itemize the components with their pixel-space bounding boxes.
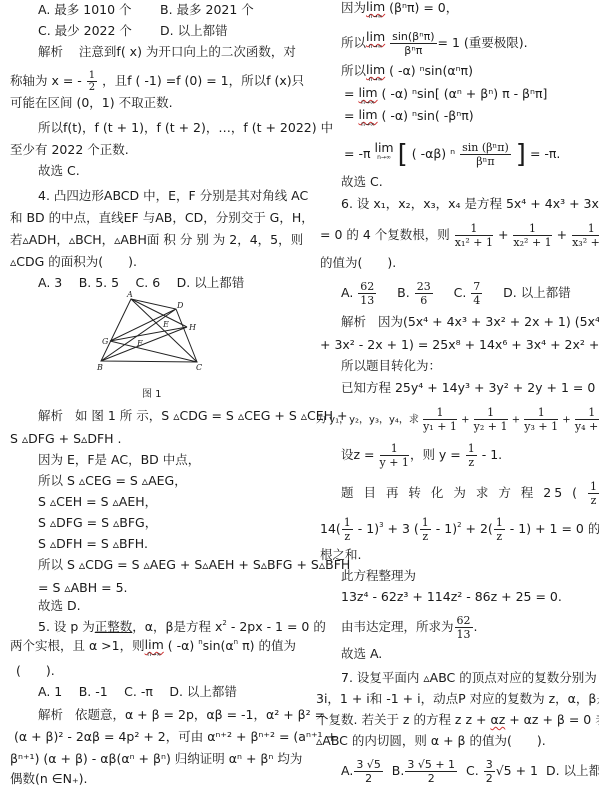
q3-option-c: C. 最少 2022 个 bbox=[38, 23, 132, 39]
figure-label-d: D bbox=[176, 301, 184, 310]
q3-option-a: A. 最多 1010 个 bbox=[38, 2, 132, 18]
q5-solution-line1: 解析 依题意，α + β = 2p，αβ = -1，α² + β² = bbox=[38, 707, 325, 723]
q3-option-d: D. 以上都错 bbox=[160, 23, 228, 39]
q4-solution-line3: 因为 E，F是 AC，BD 中点， bbox=[38, 452, 200, 468]
quadrilateral-figure: A D H E G F B C bbox=[88, 290, 213, 375]
q6-solution-line12: 由韦达定理，所求为6213. bbox=[341, 614, 478, 641]
q6-options: A. 6213 B. 236 C. 74 D. 以上都错 bbox=[341, 280, 571, 307]
q7-options: A.3 √52 B.3 √5 + 12 C. 32√5 + 1 D. 以上都错 bbox=[341, 758, 599, 785]
q4-solution-line9: = S ▵ABH = 5. bbox=[38, 580, 128, 596]
q4-options: A. 3 B. 5. 5 C. 6 D. 以上都错 bbox=[38, 275, 244, 291]
q6-solution-line4: 已知方程 25y⁴ + 14y³ + 3y² + 2y + 1 = 0 的 4 … bbox=[341, 380, 599, 396]
q3-answer: 故选 C. bbox=[38, 163, 80, 179]
q5-line2: 两个实根，且 α >1，则limn→∞ ( -α) nsin(αn π) 的值为 bbox=[10, 638, 296, 658]
q7-line3: 个复数. 若关于 z 的方程 z z + αz + αz + β = 0 表示 bbox=[316, 712, 599, 728]
q6-solution-line5: 为 y₁，y₂，y₃，y₄，求 1y₁ + 1 + 1y₂ + 1 + 1y₃ … bbox=[316, 406, 599, 433]
q3-solution-line1: 解析 注意到f( x) 为开口向上的二次函数，对 bbox=[38, 44, 296, 60]
q4-solution-line4: 所以 S ▵CEG = S ▵AEG， bbox=[38, 473, 187, 489]
figure-label-a: A bbox=[126, 290, 133, 299]
q6-line1: 6. 设 x₁，x₂，x₃，x₄ 是方程 5x⁴ + 4x³ + 3x² + 2… bbox=[341, 196, 599, 212]
q6-solution-line9: 根之和. bbox=[320, 547, 361, 563]
q6-solution-line8: 14(1z - 1)3 + 3 (1z - 1)2 + 2(1z - 1) + … bbox=[320, 516, 599, 543]
q6-solution-line2: + 3x² - 2x + 1) = 25x⁸ + 14x⁶ + 3x⁴ + 2x… bbox=[320, 337, 599, 353]
figure-label-b: B bbox=[96, 363, 103, 372]
figure-label-g: G bbox=[102, 337, 109, 346]
figure-caption: 图 1 bbox=[142, 385, 162, 400]
q4-solution-line7: S ▵DFH = S ▵BFH. bbox=[38, 536, 148, 552]
q5-line3: ( ). bbox=[16, 663, 55, 679]
q5-solution-line3: βⁿ⁺¹) (α + β) - αβ(αⁿ + βⁿ) 归纳证明 αⁿ + βⁿ… bbox=[10, 751, 302, 767]
q4-solution-line1: 解析 如 图 1 所 示，S ▵CDG = S ▵CEG + S ▵CEH + bbox=[38, 408, 348, 424]
q6-solution-line6: 设z = 1y + 1，则 y = 1z - 1. bbox=[341, 442, 502, 469]
q6-solution-line10: 此方程整理为 bbox=[341, 568, 416, 584]
q5-cont-line2: 所以limn→∞ sin(βⁿπ)βⁿπ= 1 (重要极限). bbox=[341, 30, 528, 57]
q5-cont-line3: 所以limn→∞ ( -α) ⁿsin(αⁿπ) bbox=[341, 63, 473, 83]
q6-solution-line7: 题 目 再 转 化 为 求 方 程 25 ( 1z - 1)⁴ + bbox=[341, 480, 599, 507]
q5-cont-line1: 因为limn→∞ (βⁿπ) = 0， bbox=[341, 0, 458, 20]
figure-label-e: E bbox=[162, 320, 169, 329]
q6-line3: 的值为( ). bbox=[320, 255, 396, 271]
solution-label: 解析 bbox=[38, 44, 63, 59]
figure-label-f: F bbox=[136, 339, 143, 348]
q4-line2: 和 BD 的中点，直线EF 与AB，CD，分别交于 G，H， bbox=[10, 210, 314, 226]
q7-line1: 7. 设复平面内 ▵ABC 的顶点对应的复数分别为 bbox=[341, 670, 597, 686]
q3-solution-line3: 可能在区间 (0，1) 不取正数. bbox=[10, 95, 173, 111]
q3-solution-line5: 至少有 2022 个正数. bbox=[10, 142, 129, 158]
q4-line4: ▵CDG 的面积为( ). bbox=[10, 254, 137, 270]
q4-solution-line8: 所以 S ▵CDG = S ▵AEG + S▵AEH + S▵BFG + S▵B… bbox=[38, 557, 350, 573]
q3-solution-line4: 所以f(t)，f (t + 1)，f (t + 2)，…，f (t + 2022… bbox=[38, 120, 333, 136]
q6-solution-line1: 解析 因为(5x⁴ + 4x³ + 3x² + 2x + 1) (5x⁴ - 4… bbox=[341, 314, 599, 330]
q3-solution-line2: 称轴为 x = - 12 ，且f ( -1) =f (0) = 1，所以f (x… bbox=[10, 70, 304, 93]
q4-line1: 4. 凸四边形ABCD 中，E，F 分别是其对角线 AC bbox=[38, 188, 308, 204]
q5-answer: 故选 C. bbox=[341, 174, 383, 190]
q4-solution-line6: S ▵DFG = S ▵BFG， bbox=[38, 515, 157, 531]
q5-cont-line6: = -π limn→∞ [ ( -αβ) ⁿ sin (βⁿπ)βⁿπ ] = … bbox=[344, 141, 560, 168]
figure-label-h: H bbox=[188, 323, 197, 332]
q5-cont-line5: = limn→∞ ( -α) ⁿsin( -βⁿπ) bbox=[344, 108, 474, 128]
limit-operator: limn→∞ bbox=[145, 638, 164, 658]
q4-solution-line2: S ▵DFG + S▵DFH . bbox=[10, 431, 121, 447]
q7-line4: ▵ABC 的内切圆，则 α + β 的值为( ). bbox=[316, 733, 546, 749]
q6-solution-line11: 13z⁴ - 62z³ + 114z² - 86z + 25 = 0. bbox=[341, 589, 562, 605]
q4-solution-line5: S ▵CEH = S ▵AEH， bbox=[38, 494, 157, 510]
q5-solution-line4: 偶数(n ∈N₊). bbox=[10, 771, 87, 787]
q5-options: A. 1 B. -1 C. -π D. 以上都错 bbox=[38, 684, 237, 700]
q3-option-b: B. 最多 2021 个 bbox=[160, 2, 254, 18]
figure-label-c: C bbox=[196, 363, 202, 372]
q4-line3: 若▵ADH，▵BCH，▵ABH面 积 分 别 为 2，4，5，则 bbox=[10, 232, 303, 248]
fraction: 12 bbox=[87, 70, 97, 93]
q4-answer: 故选 D. bbox=[38, 598, 81, 614]
q5-line1: 5. 设 p 为正整数，α，β是方程 x2 - 2px - 1 = 0 的 bbox=[38, 619, 326, 635]
q7-line2: 3i，1 + i和 -1 + i，动点P 对应的复数为 z，α，β是两 bbox=[316, 691, 599, 707]
q6-answer: 故选 A. bbox=[341, 646, 382, 662]
q5-solution-line2: (α + β)² - 2αβ = 4p² + 2，可由 αⁿ⁺² + βⁿ⁺² … bbox=[14, 729, 337, 745]
q6-line2: = 0 的 4 个复数根，则 1x₁² + 1 + 1x₂² + 1 + 1x₃… bbox=[320, 222, 599, 249]
q5-cont-line4: = limn→∞ ( -α) ⁿsin[ (αⁿ + βⁿ) π - βⁿπ] bbox=[344, 86, 547, 106]
q6-solution-line3: 所以题目转化为： bbox=[341, 358, 441, 374]
